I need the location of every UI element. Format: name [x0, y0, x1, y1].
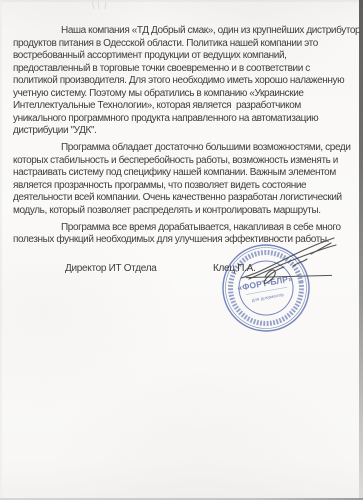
stamp-sub-text: для документів [251, 292, 284, 303]
letter-paragraph-2: Программа обладает достаточно большими в… [13, 142, 353, 217]
scan-edge-left [0, 0, 2, 500]
scan-edge-right [359, 0, 363, 500]
scan-edge-top [0, 0, 363, 2]
handwritten-signature [235, 232, 340, 287]
letter-paragraph-1: Наша компания «ТД Добрый смак», один из … [13, 25, 353, 138]
scanned-letter-page: Наша компания «ТД Добрый смак», один из … [0, 0, 363, 500]
letter-body: Наша компания «ТД Добрый смак», один из … [13, 25, 353, 251]
signoff-job-title: Директор ИТ Отдела [65, 263, 157, 274]
